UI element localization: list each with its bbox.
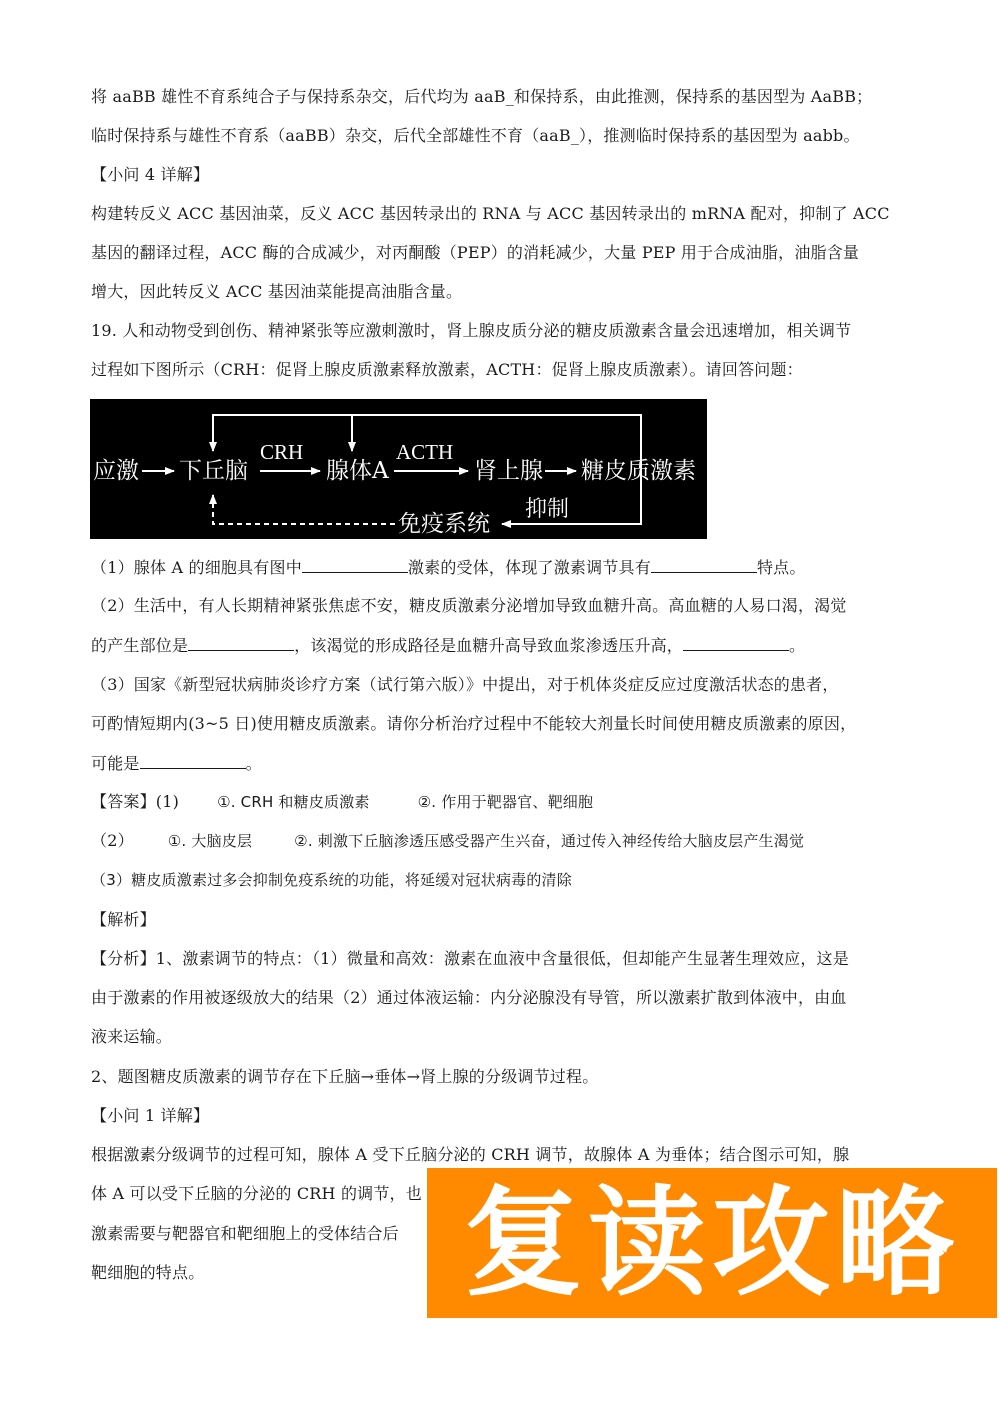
answer-blank <box>651 557 757 573</box>
hormone-regulation-diagram: 应激 下丘脑 腺体A 肾上腺 糖皮质激素 免疫系统 CRH ACTH 抑制 <box>90 399 707 539</box>
section-heading: 【小问 1 详解】 <box>91 1106 911 1126</box>
text-line: 将 aaBB 雄性不育系纯合子与保持系杂交，后代均为 aaB_和保持系，由此推测… <box>91 87 911 107</box>
question-2-text-c: 。 <box>789 636 805 655</box>
text-line: 构建转反义 ACC 基因油菜，反义 ACC 基因转录出的 RNA 与 ACC 基… <box>91 204 911 224</box>
question-1-text-b: 激素的受体，体现了激素调节具有 <box>408 558 651 577</box>
question-1-text-c: 特点。 <box>757 558 806 577</box>
question-2-line-2: 的产生部位是，该渴觉的形成路径是血糖升高导致血浆渗透压升高，。 <box>91 635 911 656</box>
node-gland-a: 腺体A <box>326 458 389 484</box>
question-1: （1）腺体 A 的细胞具有图中激素的受体，体现了激素调节具有特点。 <box>91 557 911 578</box>
node-hypothalamus: 下丘脑 <box>179 458 248 484</box>
text-line: 增大，因此转反义 ACC 基因油菜能提高油脂含量。 <box>91 282 911 302</box>
answer-2-2: ②. 刺激下丘脑渗透压感受器产生兴奋，通过传入神经传给大脑皮层产生渴觉 <box>294 832 804 850</box>
answer-2-label: （2） <box>91 831 134 850</box>
analysis-line: 液来运输。 <box>91 1027 911 1047</box>
answer-blank <box>302 557 408 573</box>
answer-1-2: ②. 作用于靶器官、靶细胞 <box>418 793 594 811</box>
label-crh: CRH <box>260 440 303 464</box>
question-stem: 19. 人和动物受到创伤、精神紧张等应激刺激时，肾上腺皮质分泌的糖皮质激素含量会… <box>91 321 911 341</box>
question-stem: 过程如下图所示（CRH：促肾上腺皮质激素释放激素，ACTH：促肾上腺皮质激素）。… <box>91 360 911 380</box>
question-2-text-a: 的产生部位是 <box>91 636 188 655</box>
answer-blank <box>140 753 246 769</box>
node-adrenal: 肾上腺 <box>474 458 543 484</box>
question-3-text-a: 可能是 <box>91 754 140 773</box>
question-2-text-b: ，该渴觉的形成路径是血糖升高导致血浆渗透压升高， <box>294 636 683 655</box>
question-1-text-a: （1）腺体 A 的细胞具有图中 <box>91 558 302 577</box>
answer-2-1: ①. 大脑皮层 <box>168 832 252 850</box>
label-acth: ACTH <box>396 440 453 464</box>
analysis-header: 【解析】 <box>91 910 911 930</box>
answer-line-2: （2）①. 大脑皮层②. 刺激下丘脑渗透压感受器产生兴奋，通过传入神经传给大脑皮… <box>91 831 911 851</box>
answer-line-3: （3）糖皮质激素过多会抑制免疫系统的功能，将延缓对冠状病毒的清除 <box>91 870 911 890</box>
answer-1-1: ①. CRH 和糖皮质激素 <box>217 793 370 811</box>
section-heading: 【小问 4 详解】 <box>91 165 911 185</box>
question-3-line-1: （3）国家《新型冠状病肺炎诊疗方案（试行第六版）》中提出，对于机体炎症反应过度激… <box>91 675 911 695</box>
text-line: 基因的翻译过程，ACC 酶的合成减少，对丙酮酸（PEP）的消耗减少，大量 PEP… <box>91 243 911 263</box>
question-3-text-c: 。 <box>246 754 262 773</box>
analysis-line: 【分析】1、激素调节的特点：（1）微量和高效：激素在血液中含量很低，但却能产生显… <box>91 949 911 969</box>
node-immune-system: 免疫系统 <box>398 511 490 537</box>
node-stress: 应激 <box>93 458 139 484</box>
answer-line-1: 【答案】(1)①. CRH 和糖皮质激素②. 作用于靶器官、靶细胞 <box>91 792 911 812</box>
watermark-text: 复读攻略 <box>464 1168 960 1318</box>
answer-label: 【答案】(1) <box>91 792 179 811</box>
answer-blank <box>188 635 294 651</box>
analysis-line: 由于激素的作用被逐级放大的结果（2）通过体液运输：内分泌腺没有导管，所以激素扩散… <box>91 988 911 1008</box>
analysis-line: 根据激素分级调节的过程可知，腺体 A 受下丘脑分泌的 CRH 调节，故腺体 A … <box>91 1145 911 1165</box>
node-glucocorticoid: 糖皮质激素 <box>581 458 696 484</box>
analysis-line: 2、题图糖皮质激素的调节存在下丘脑→垂体→肾上腺的分级调节过程。 <box>91 1067 911 1087</box>
label-inhibit: 抑制 <box>525 497 569 523</box>
question-3-line-3: 可能是。 <box>91 753 911 774</box>
text-line: 临时保持系与雄性不育系（aaBB）杂交，后代全部雄性不育（aaB_），推测临时保… <box>91 126 911 146</box>
document-page: 将 aaBB 雄性不育系纯合子与保持系杂交，后代均为 aaB_和保持系，由此推测… <box>0 0 1000 1414</box>
question-2-line-1: （2）生活中，有人长期精神紧张焦虑不安，糖皮质激素分泌增加导致血糖升高。高血糖的… <box>91 596 911 616</box>
question-3-line-2: 可酌情短期内(3~5 日)使用糖皮质激素。请你分析治疗过程中不能较大剂量长时间使… <box>91 714 911 734</box>
watermark-banner: 复读攻略 <box>427 1168 997 1318</box>
answer-blank <box>683 635 789 651</box>
